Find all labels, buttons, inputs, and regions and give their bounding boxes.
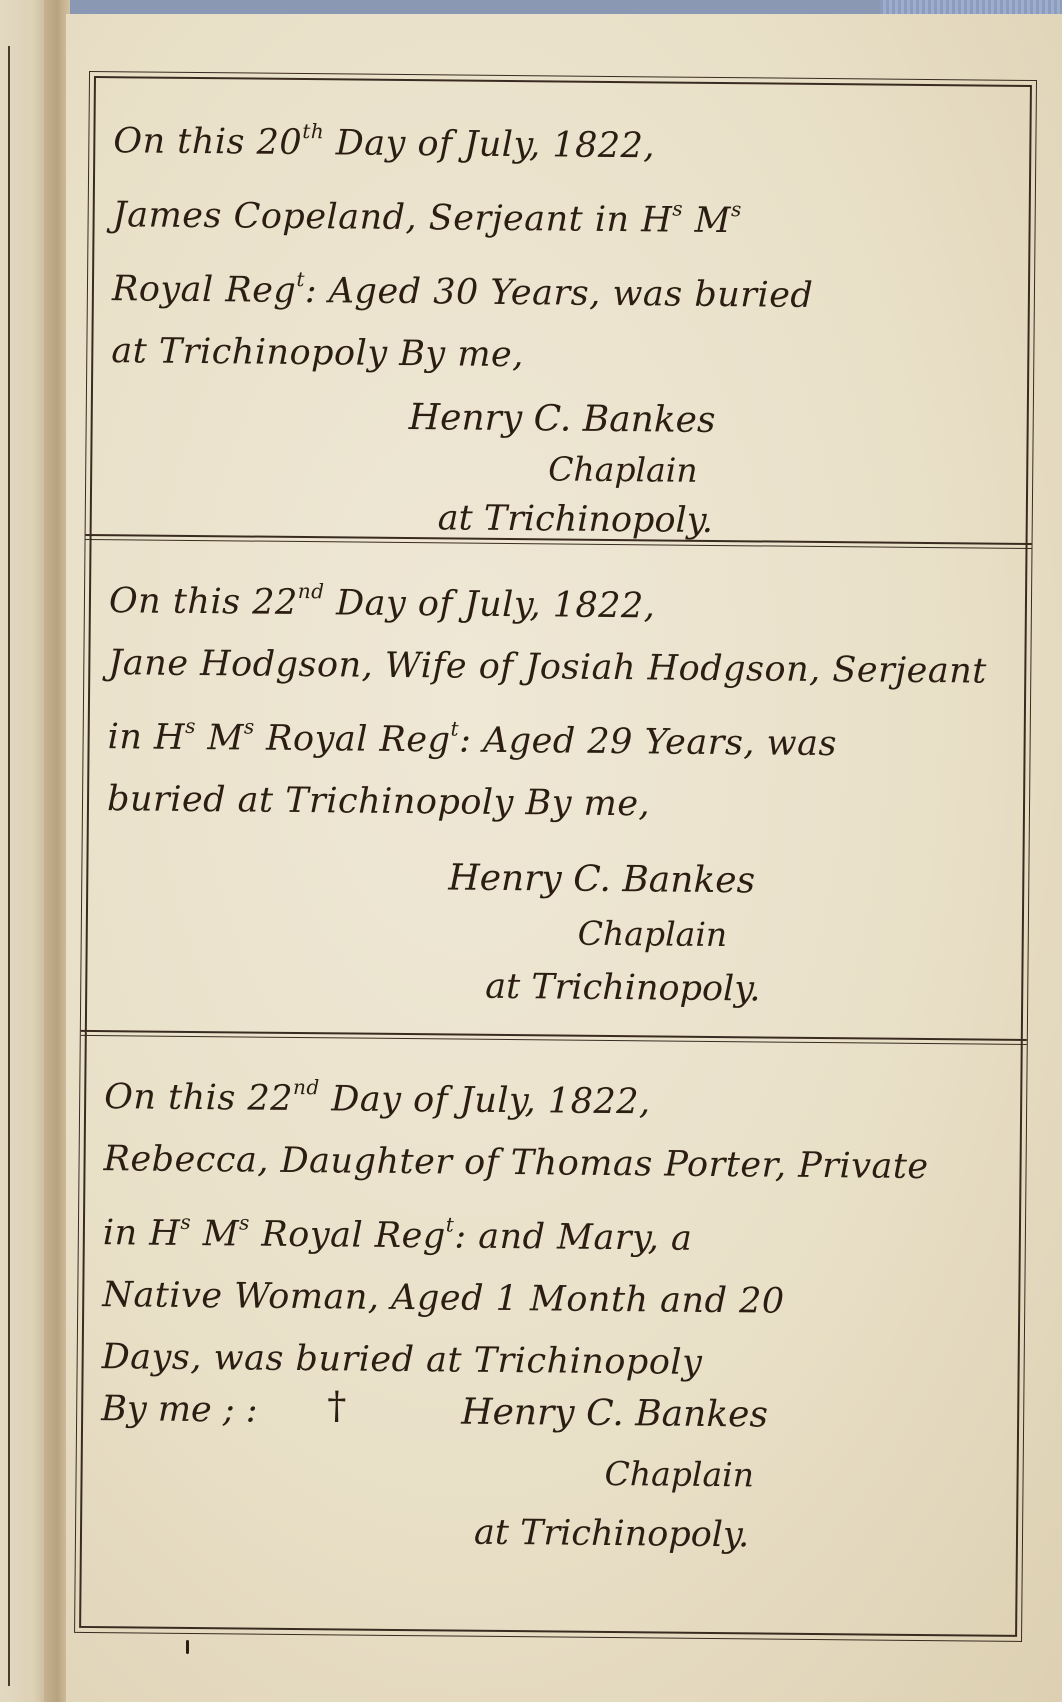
signature-place: at Trichinopoly. [485, 962, 761, 1015]
signature-title: Chaplain [604, 1449, 754, 1500]
entry-line: at Trichinopoly By me, [111, 320, 1006, 391]
entry-line: On this 22nd Day of July, 1822, [109, 558, 1004, 641]
by-me-text: By me ; : [101, 1384, 258, 1435]
entry-line: Royal Regt: Aged 30 Years, was buried [112, 246, 1007, 329]
burial-entry-2: On this 22nd Day of July, 1822, Jane Hod… [87, 538, 1026, 1041]
signature-place: at Trichinopoly. [474, 1508, 750, 1561]
ink-mark [186, 1640, 189, 1654]
register-frame: On this 20th Day of July, 1822, James Co… [79, 76, 1032, 1637]
entry-line: James Copeland, Serjeant in Hs Ms [112, 172, 1007, 255]
entry-line: in Hs Ms Royal Regt: Aged 29 Years, was [107, 694, 1002, 777]
signature-name: Henry C. Bankes [408, 393, 715, 446]
cross-mark-icon: † [327, 1380, 346, 1430]
signature-name: Henry C. Bankes [448, 853, 755, 906]
entry-line: in Hs Ms Royal Regt: and Mary, a [103, 1190, 998, 1273]
burial-entry-1: On this 20th Day of July, 1822, James Co… [92, 78, 1030, 545]
entry-line: On this 22nd Day of July, 1822, [104, 1054, 999, 1137]
facing-page-rule [0, 46, 10, 1686]
burial-entry-3: On this 22nd Day of July, 1822, Rebecca,… [81, 1034, 1021, 1633]
entry-line: Rebecca, Daughter of Thomas Porter, Priv… [103, 1128, 998, 1199]
signature-title: Chaplain [578, 909, 728, 960]
signature-name: Henry C. Bankes [461, 1388, 768, 1441]
entry-line: buried at Trichinopoly By me, [107, 768, 1002, 839]
facing-page-left [0, 0, 48, 1702]
entry-line: Jane Hodgson, Wife of Josiah Hodgson, Se… [108, 632, 1003, 703]
signature-title: Chaplain [548, 444, 698, 495]
entry-line: On this 20th Day of July, 1822, [113, 98, 1008, 181]
entry-line: Native Woman, Aged 1 Month and 20 [102, 1264, 997, 1335]
